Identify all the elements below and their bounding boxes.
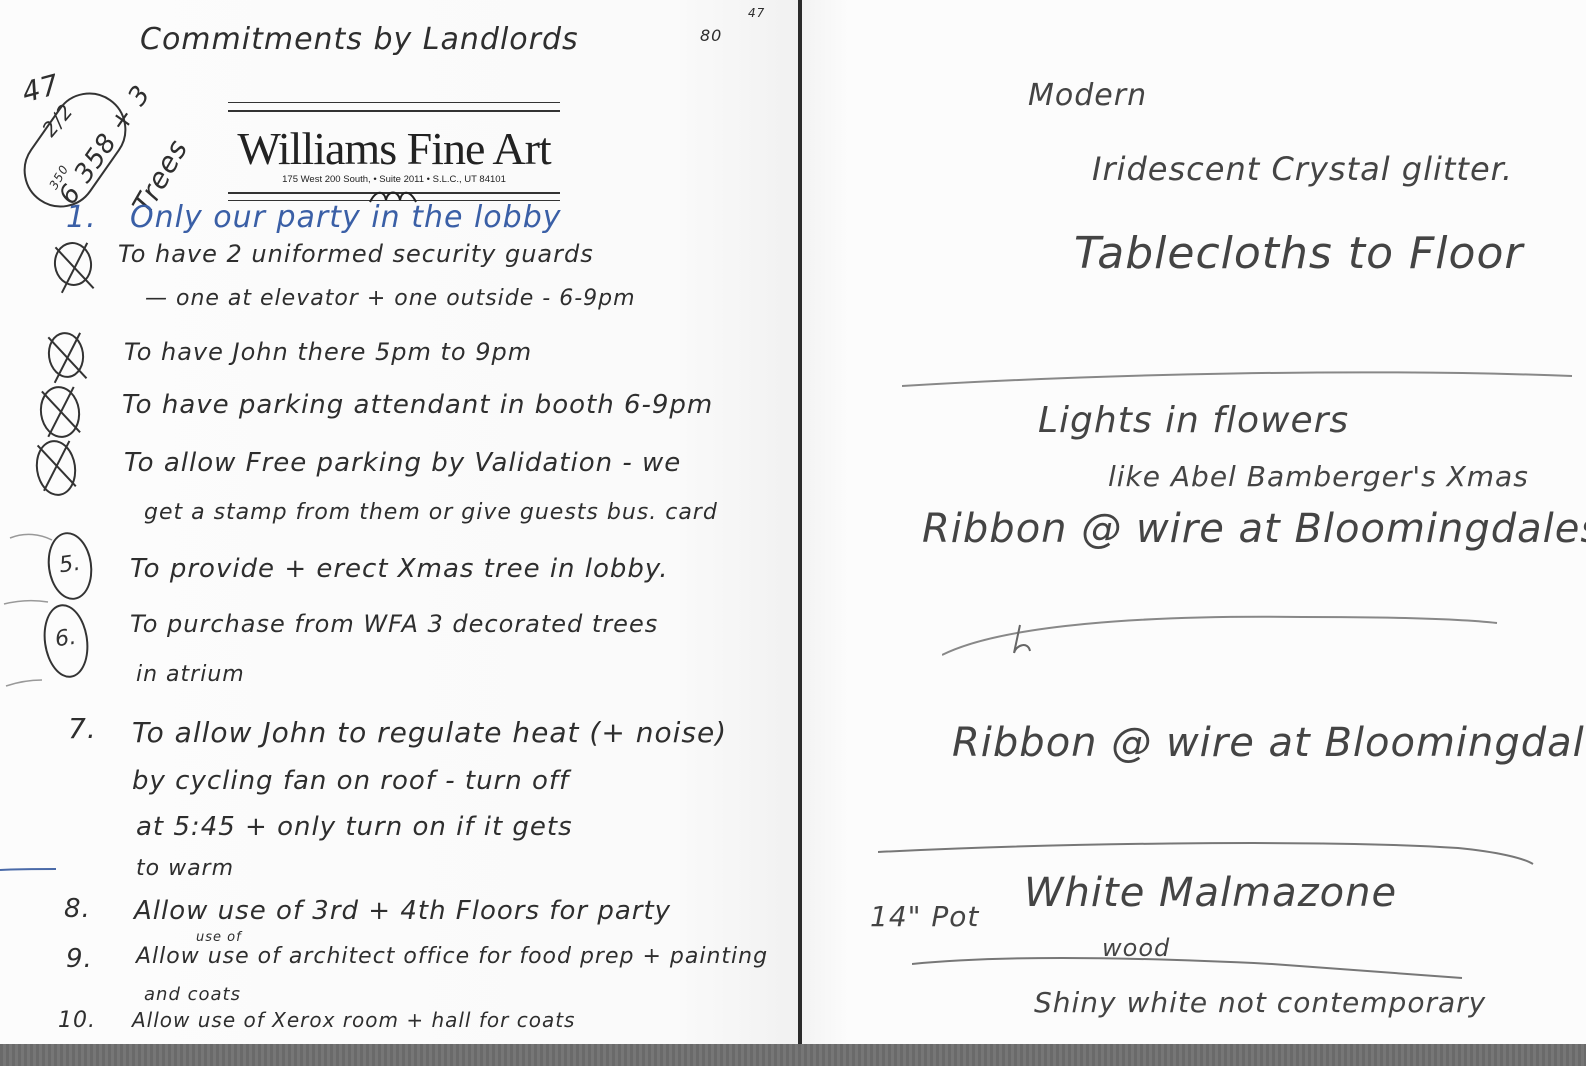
document-spread: Commitments by Landlords 80 47 47 2/2 6 … — [0, 0, 1586, 1044]
item-text: at 5:45 + only turn on if it gets — [136, 812, 573, 842]
item-text: in atrium — [136, 662, 245, 687]
item-text: by cycling fan on roof - turn off — [132, 766, 569, 796]
page-title: Commitments by Landlords — [140, 22, 579, 57]
item-text: Allow use of Xerox room + hall for coats — [132, 1008, 575, 1032]
note-line: Iridescent Crystal glitter. — [1092, 150, 1513, 188]
note-line: Ribbon @ wire at Bloomingdales — [922, 506, 1586, 552]
note-line: like Abel Bamberger's Xmas — [1108, 460, 1529, 493]
letterhead-rule — [228, 102, 560, 103]
item-number: 7. — [68, 712, 97, 745]
right-page: Modern Iridescent Crystal glitter. Table… — [802, 0, 1586, 1044]
crossed-circle-icon — [32, 437, 79, 498]
divider-stroke — [942, 605, 1502, 665]
note-line: Modern — [1028, 78, 1147, 113]
note-line: Shiny white not contemporary — [1034, 986, 1486, 1019]
item-text: To have 2 uniformed security guards — [118, 240, 594, 268]
letterhead-address: 175 West 200 South, • Suite 2011 • S.L.C… — [228, 174, 560, 185]
item-text: get a stamp from them or give guests bus… — [144, 500, 718, 525]
divider-stroke — [912, 950, 1472, 990]
item-number: 1. — [66, 200, 97, 235]
item-number: 8. — [64, 894, 91, 924]
item-text: To purchase from WFA 3 decorated trees — [130, 610, 658, 638]
item-text: — one at elevator + one outside - 6-9pm — [145, 286, 636, 311]
item-text: Allow use of architect office for food p… — [136, 944, 768, 969]
item-text: to warm — [136, 856, 234, 881]
item-text: Allow use of 3rd + 4th Floors for party — [134, 896, 671, 926]
item-text: To allow John to regulate heat (+ noise) — [132, 716, 727, 749]
letterhead: Williams Fine Art 175 West 200 South, • … — [228, 100, 560, 210]
item-text: Only our party in the lobby — [130, 200, 562, 235]
crossed-circle-icon — [45, 330, 87, 381]
note-line: White Malmazone — [1024, 870, 1397, 916]
letterhead-name: Williams Fine Art — [228, 122, 560, 175]
note-line: 14" Pot — [870, 900, 979, 933]
letterhead-rule — [228, 110, 560, 112]
item-text: and coats — [144, 984, 241, 1005]
note-line: Lights in flowers — [1038, 400, 1349, 441]
corner-note: 80 — [700, 26, 722, 45]
left-page: Commitments by Landlords 80 47 47 2/2 6 … — [0, 0, 798, 1044]
margin-pen-marks — [0, 520, 60, 700]
item-text: To provide + erect Xmas tree in lobby. — [130, 554, 669, 584]
crossed-circle-icon — [37, 383, 84, 440]
scanner-bottom-edge — [0, 1044, 1586, 1066]
item-number: 9. — [66, 944, 93, 974]
item-text: To have parking attendant in booth 6-9pm — [122, 390, 713, 420]
item-insertion: use of — [196, 930, 242, 945]
item-text: To have John there 5pm to 9pm — [124, 338, 532, 366]
corner-note: 47 — [748, 6, 765, 20]
note-line: Tablecloths to Floor — [1074, 228, 1523, 279]
item-number: 10. — [58, 1008, 96, 1033]
margin-blue-mark — [0, 860, 60, 880]
note-line: Ribbon @ wire at Bloomingdales — [952, 720, 1586, 766]
item-text: To allow Free parking by Validation - we — [124, 448, 681, 478]
crossed-circle-icon — [51, 240, 95, 289]
divider-stroke — [902, 360, 1582, 400]
